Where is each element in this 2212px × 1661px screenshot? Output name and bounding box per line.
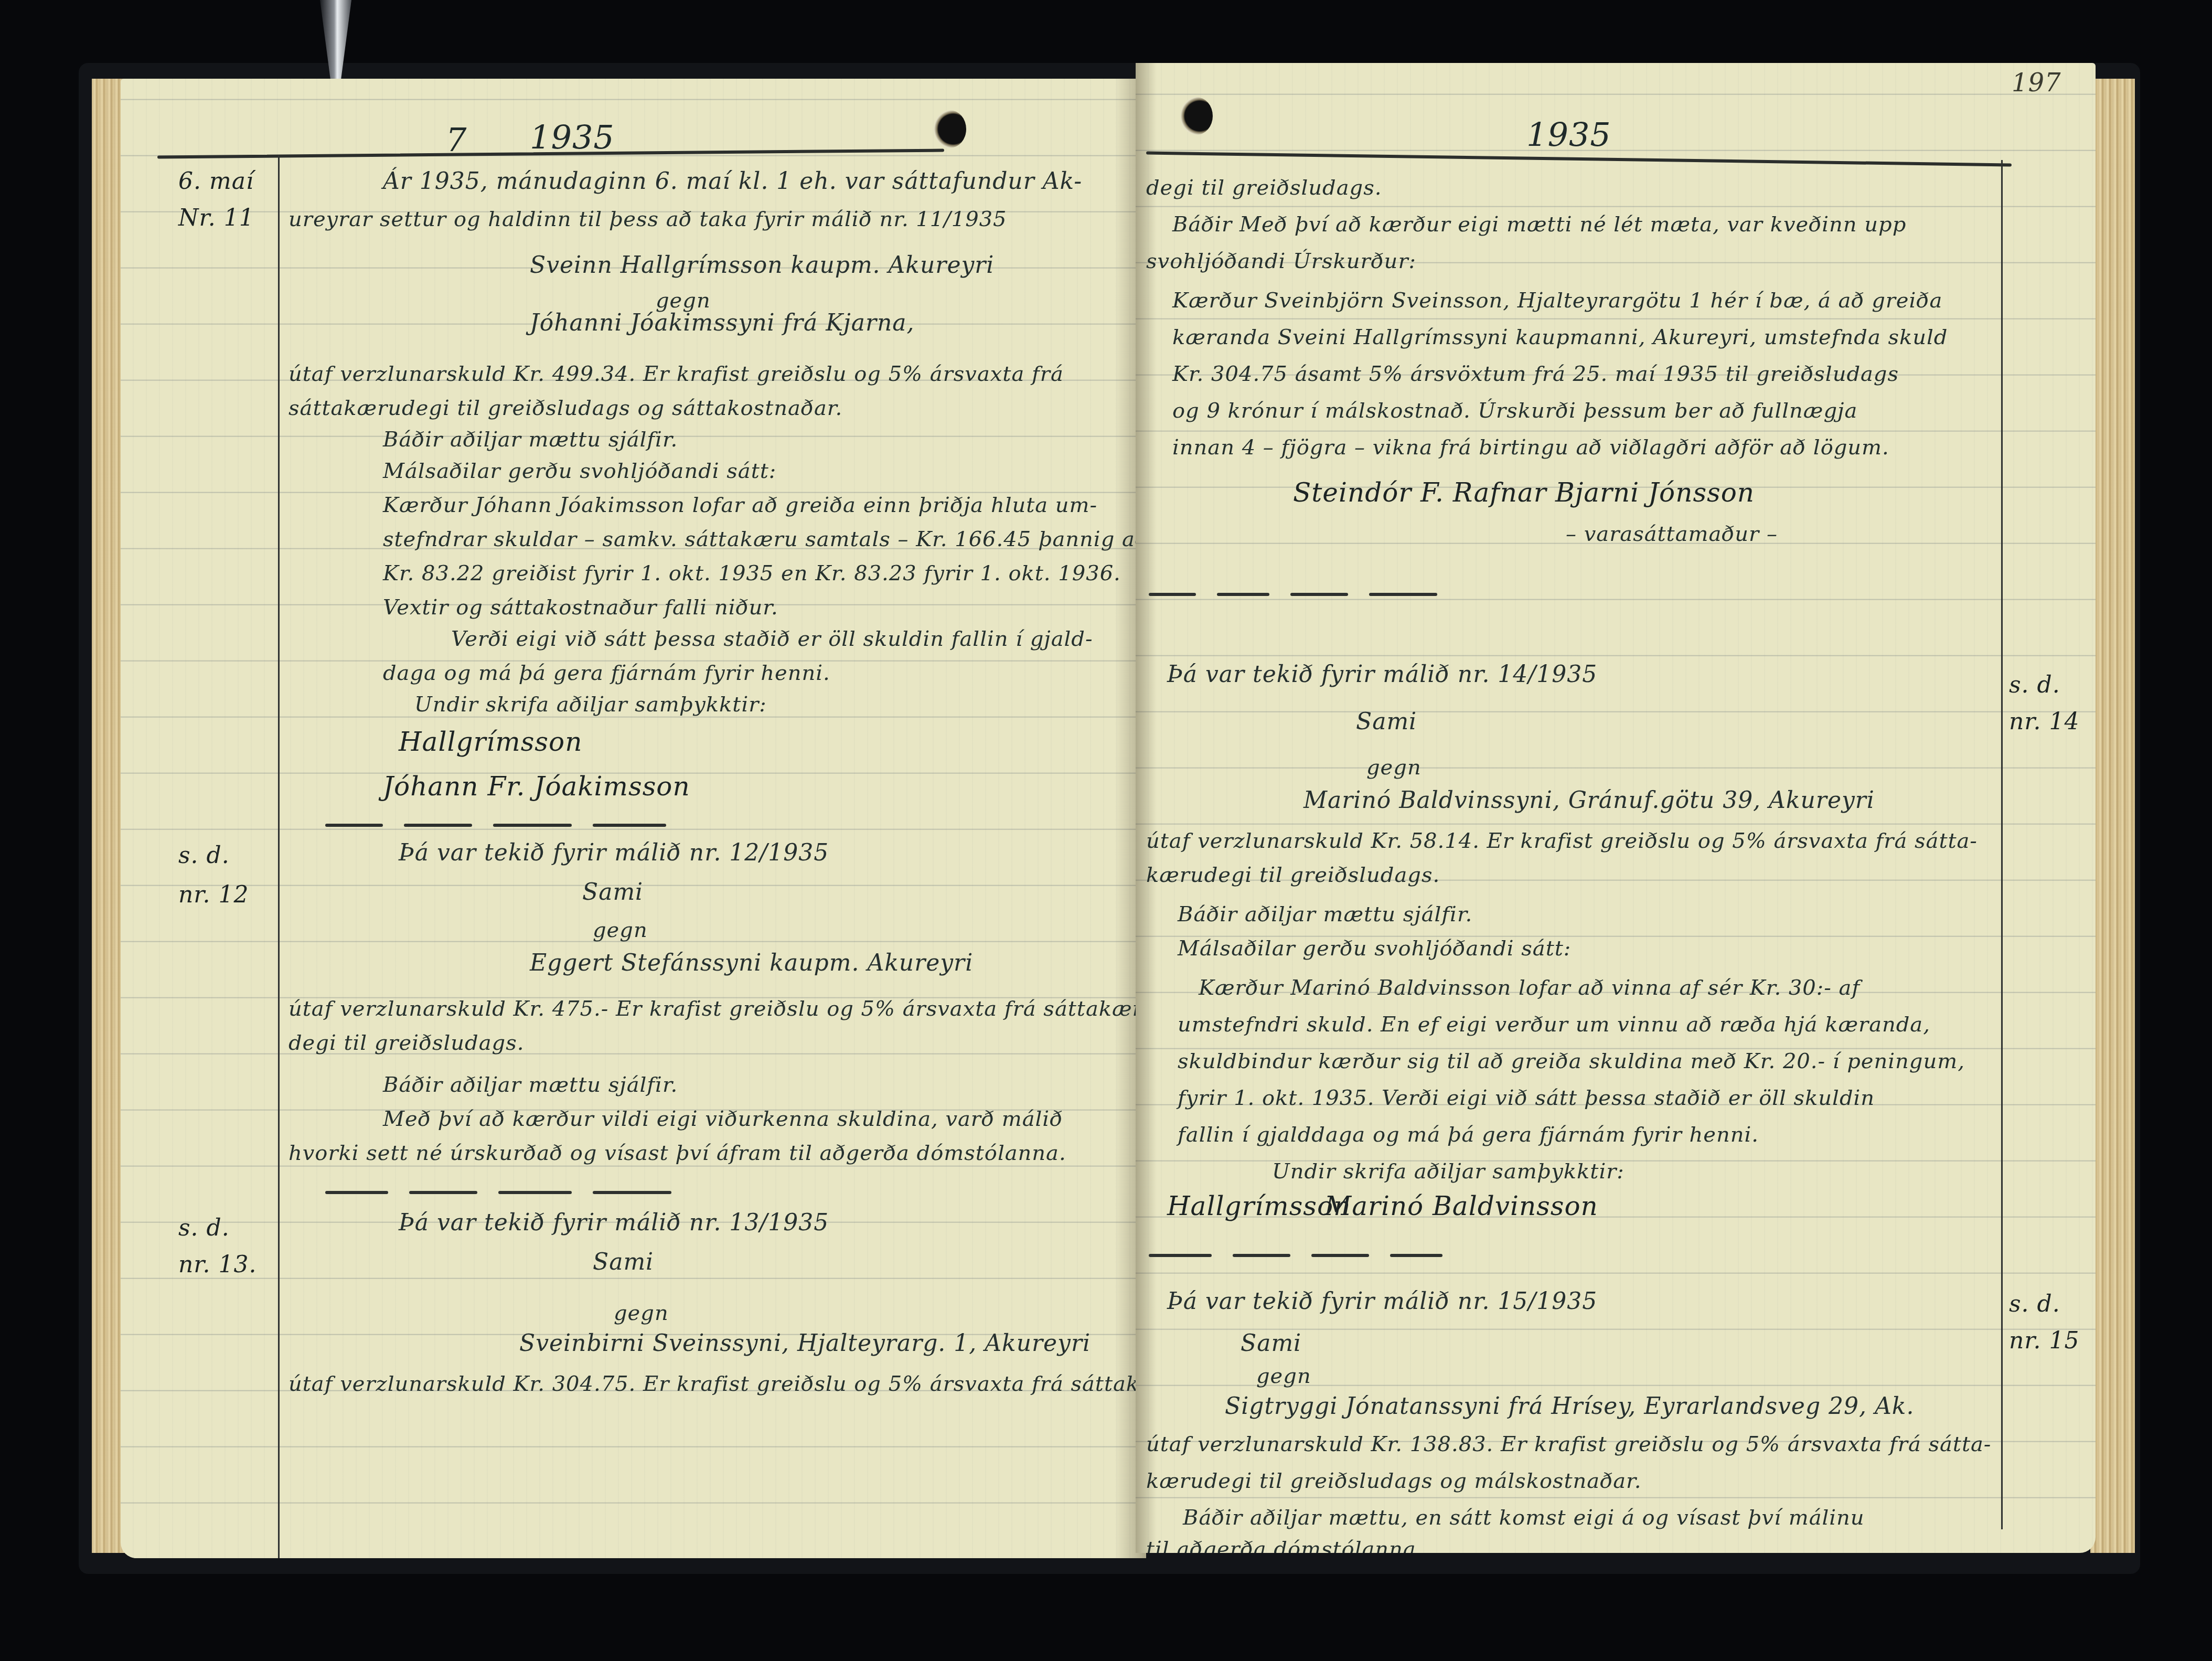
defendant-name: Sigtryggi Jónatanssyni frá Hrísey, Eyrar… bbox=[1225, 1393, 1914, 1420]
entry-line: Kr. 83.22 greiðist fyrir 1. okt. 1935 en… bbox=[383, 561, 1121, 585]
entry-line: útaf verzlunarskuld Kr. 58.14. Er krafis… bbox=[1146, 829, 1978, 853]
signature: Jóhann Fr. Jóakimsson bbox=[383, 771, 690, 802]
defendant-name: Eggert Stefánssyni kaupm. Akureyri bbox=[530, 950, 973, 976]
right-page: 197 1935 degi til greiðsludags. Báðir Me… bbox=[1136, 63, 2096, 1553]
entry-line: Málsaðilar gerðu svohljóðandi sátt: bbox=[1178, 936, 1571, 961]
entry-line: útaf verzlunarskuld Kr. 304.75. Er krafi… bbox=[288, 1372, 1146, 1396]
gegn-label: gegn bbox=[593, 918, 648, 942]
entry-line: Kr. 304.75 ásamt 5% ársvöxtum frá 25. ma… bbox=[1172, 362, 1899, 386]
entry-line: sáttakærudegi til greiðsludags og sáttak… bbox=[288, 396, 842, 420]
margin-date: 6. maí bbox=[178, 168, 254, 195]
entry-line: fyrir 1. okt. 1935. Verði eigi við sátt … bbox=[1178, 1086, 1875, 1110]
gutter-shadow bbox=[1136, 63, 1157, 1553]
gegn-label: gegn bbox=[614, 1301, 669, 1325]
defendant-name: Sveinbirni Sveinssyni, Hjalteyrarg. 1, A… bbox=[519, 1330, 1091, 1357]
entry-line: Kærður Marinó Baldvinsson lofar að vinna… bbox=[1199, 976, 1860, 1000]
entry-line: til aðgerða dómstólanna. bbox=[1146, 1537, 1423, 1553]
entry-line: fallin í gjalddaga og má þá gera fjárnám… bbox=[1178, 1123, 1759, 1147]
entry-line: Kærður Sveinbjörn Sveinsson, Hjalteyrarg… bbox=[1172, 289, 1942, 313]
entry-line: degi til greiðsludags. bbox=[1146, 176, 1382, 200]
right-page-edges bbox=[2090, 79, 2135, 1553]
defendant-name: Marinó Baldvinssyni, Gránuf.götu 39, Aku… bbox=[1303, 787, 1875, 814]
entry-line: Ár 1935, mánudaginn 6. maí kl. 1 eh. var… bbox=[383, 168, 1082, 195]
page-number: 197 bbox=[2012, 68, 2061, 98]
entry-line: útaf verzlunarskuld Kr. 499.34. Er krafi… bbox=[288, 362, 1064, 386]
entry-line: skuldbindur kærður sig til að greiða sku… bbox=[1178, 1049, 1965, 1073]
entry-line: Sami bbox=[1241, 1330, 1301, 1357]
plaintiff-name: Sveinn Hallgrímsson kaupm. Akureyri bbox=[530, 252, 994, 279]
entry-line: útaf verzlunarskuld Kr. 475.- Er krafist… bbox=[288, 997, 1146, 1021]
margin-column-rule bbox=[2001, 160, 2003, 1529]
entry-line: Báðir aðiljar mættu sjálfir. bbox=[1178, 902, 1472, 927]
entry-line: innan 4 – fjögra – vikna frá birtingu að… bbox=[1172, 435, 1889, 460]
entry-line: Undir skrifa aðiljar samþykktir: bbox=[1272, 1159, 1625, 1184]
margin-number: Nr. 11 bbox=[178, 205, 254, 231]
margin-number: nr. 15 bbox=[2009, 1327, 2080, 1354]
year-header: 1935 bbox=[530, 118, 615, 156]
signature: Bjarni Jónsson bbox=[1555, 477, 1755, 508]
signature: Marinó Baldvinsson bbox=[1324, 1191, 1598, 1221]
entry-line: ureyrar settur og haldinn til þess að ta… bbox=[288, 207, 1007, 231]
entry-line: Sami bbox=[582, 879, 643, 906]
entry-line: kæranda Sveini Hallgrímssyni kaupmanni, … bbox=[1172, 325, 1948, 349]
entry-line: Þá var tekið fyrir málið nr. 15/1935 bbox=[1167, 1288, 1597, 1315]
section-divider bbox=[325, 824, 666, 827]
entry-line: Báðir aðiljar mættu, en sátt komst eigi … bbox=[1183, 1506, 1865, 1530]
margin-number: nr. 14 bbox=[2009, 708, 2080, 735]
entry-line: Sami bbox=[1356, 708, 1417, 735]
punch-hole bbox=[934, 110, 966, 148]
section-divider bbox=[325, 1191, 671, 1194]
margin-number: nr. 12 bbox=[178, 881, 249, 908]
entry-line: Báðir aðiljar mættu sjálfir. bbox=[383, 1073, 678, 1097]
signature: Steindór F. Rafnar bbox=[1293, 477, 1547, 508]
entry-line: kærudegi til greiðsludags. bbox=[1146, 863, 1440, 887]
margin-number: nr. 13. bbox=[178, 1251, 257, 1278]
entry-line: Málsaðilar gerðu svohljóðandi sátt: bbox=[383, 459, 776, 483]
entry-line: hvorki sett né úrskurðað og vísast því á… bbox=[288, 1141, 1066, 1165]
signature: Hallgrímsson bbox=[1167, 1191, 1351, 1221]
entry-line: svohljóðandi Úrskurður: bbox=[1146, 249, 1416, 273]
signature-role: – varasáttamaður – bbox=[1566, 522, 1778, 546]
entry-line: umstefndri skuld. En ef eigi verður um v… bbox=[1178, 1013, 1930, 1037]
section-divider bbox=[1149, 1254, 1442, 1257]
margin-date: s. d. bbox=[2009, 1291, 2060, 1317]
defendant-name: Jóhanni Jóakimssyni frá Kjarna, bbox=[530, 310, 915, 336]
entry-line: Þá var tekið fyrir málið nr. 12/1935 bbox=[399, 839, 829, 866]
entry-line: Vextir og sáttakostnaður falli niður. bbox=[383, 595, 778, 620]
entry-line: og 9 krónur í málskostnað. Úrskurði þess… bbox=[1172, 399, 1857, 423]
entry-line: Þá var tekið fyrir málið nr. 14/1935 bbox=[1167, 661, 1597, 688]
margin-date: s. d. bbox=[2009, 672, 2060, 698]
entry-line: Með því að kærður vildi eigi viðurkenna … bbox=[383, 1107, 1063, 1131]
entry-line: degi til greiðsludags. bbox=[288, 1031, 524, 1055]
entry-line: Verði eigi við sátt þessa staðið er öll … bbox=[451, 627, 1093, 651]
section-divider bbox=[1149, 593, 1437, 596]
year-header: 1935 bbox=[1526, 115, 1611, 154]
entry-line: stefndrar skuldar – samkv. sáttakæru sam… bbox=[383, 527, 1146, 551]
entry-line: Kærður Jóhann Jóakimsson lofar að greiða… bbox=[383, 493, 1097, 517]
entry-line: daga og má þá gera fjárnám fyrir henni. bbox=[383, 661, 830, 685]
punch-hole bbox=[1180, 97, 1213, 135]
entry-line: Báðir Með því að kærður eigi mætti né lé… bbox=[1172, 212, 1906, 237]
entry-line: útaf verzlunarskuld Kr. 138.83. Er krafi… bbox=[1146, 1432, 1991, 1456]
entry-line: Þá var tekið fyrir málið nr. 13/1935 bbox=[399, 1209, 829, 1236]
entry-line: Sami bbox=[593, 1249, 654, 1275]
gegn-label: gegn bbox=[1256, 1364, 1311, 1388]
margin-column-rule bbox=[278, 155, 280, 1558]
signature: Hallgrímsson bbox=[399, 727, 582, 757]
gegn-label: gegn bbox=[1366, 755, 1422, 780]
margin-date: s. d. bbox=[178, 1215, 230, 1241]
entry-line: kærudegi til greiðsludags og málskostnað… bbox=[1146, 1469, 1642, 1493]
margin-date: s. d. bbox=[178, 842, 230, 869]
entry-line: Báðir aðiljar mættu sjálfir. bbox=[383, 428, 678, 452]
left-page: 7 1935 6. maí Nr. 11 Ár 1935, mánudaginn… bbox=[121, 79, 1146, 1558]
entry-line: Undir skrifa aðiljar samþykktir: bbox=[414, 693, 767, 717]
